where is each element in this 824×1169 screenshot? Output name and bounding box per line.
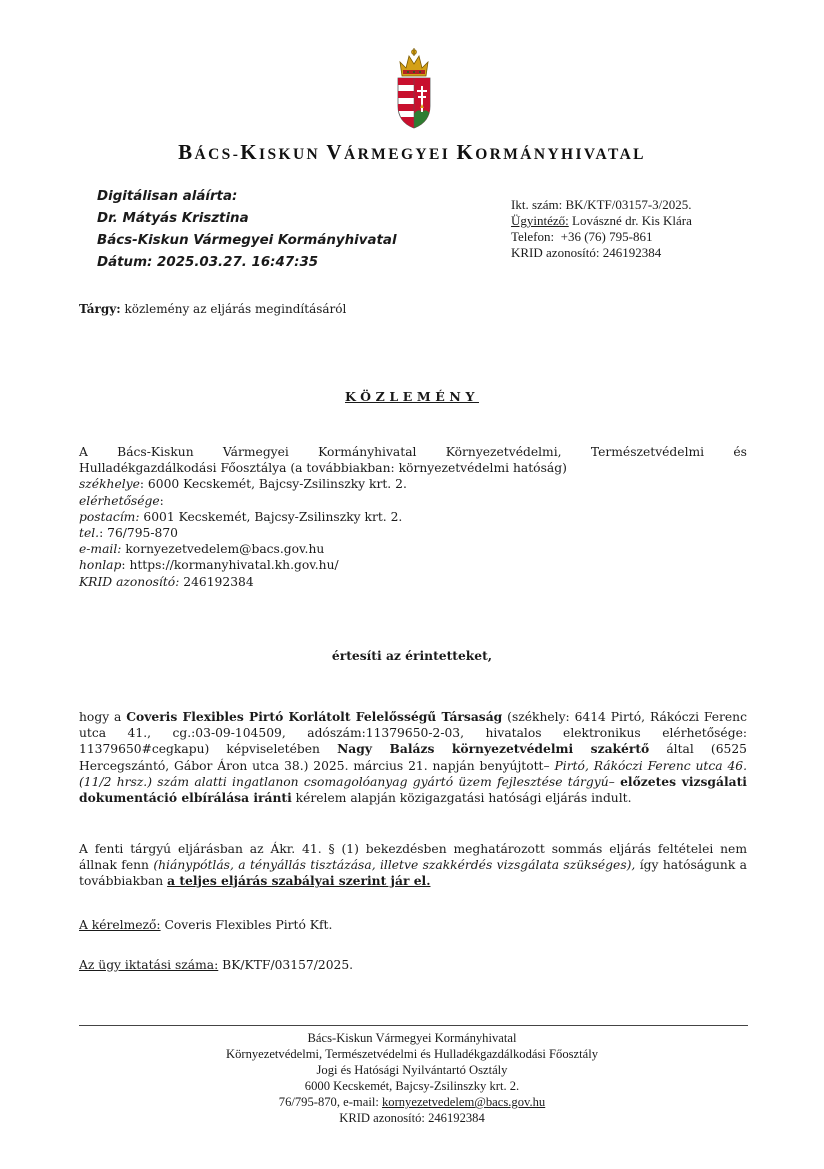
footer-divider — [79, 1025, 748, 1026]
phone-number: Telefon: +36 (76) 795-861 — [511, 229, 692, 245]
digital-signature-block: Digitálisan aláírta: Dr. Mátyás Krisztin… — [97, 186, 397, 274]
file-number: Ikt. szám: BK/KTF/03157-3/2025. — [511, 197, 692, 213]
authority-website: honlap: https://kormanyhivatal.kh.gov.hu… — [79, 557, 747, 573]
footer-address: 6000 Kecskemét, Bajcsy-Zsilinszky krt. 2… — [0, 1078, 824, 1094]
subject-line: Tárgy: közlemény az eljárás megindításár… — [79, 302, 346, 316]
krid-id: KRID azonosító: 246192384 — [511, 245, 692, 261]
case-number-line: Az ügy iktatási száma: BK/KTF/03157/2025… — [79, 957, 747, 973]
footer: Bács-Kiskun Vármegyei Kormányhivatal Kör… — [0, 1030, 824, 1126]
hungarian-coat-of-arms-icon — [394, 46, 434, 130]
authority-name-line1: A Bács-Kiskun Vármegyei Kormányhivatal K… — [79, 444, 747, 460]
authority-krid: KRID azonosító: 246192384 — [79, 574, 747, 590]
applicant-line: A kérelmező: Coveris Flexibles Pirtó Kft… — [79, 917, 747, 933]
procedure-paragraph: hogy a Coveris Flexibles Pirtó Korlátolt… — [79, 709, 747, 806]
authority-postal: postacím: 6001 Kecskemét, Bajcsy-Zsilins… — [79, 509, 747, 525]
signature-label: Digitálisan aláírta: — [97, 186, 397, 208]
authority-phone: tel.: 76/795-870 — [79, 525, 747, 541]
footer-email-link[interactable]: kornyezetvedelem@bacs.gov.hu — [382, 1095, 545, 1109]
authority-reach: elérhetősége: — [79, 493, 747, 509]
authority-email: e-mail: kornyezetvedelem@bacs.gov.hu — [79, 541, 747, 557]
footer-contact: 76/795-870, e-mail: kornyezetvedelem@bac… — [0, 1094, 824, 1110]
procedure-type-paragraph: A fenti tárgyú eljárásban az Ákr. 41. § … — [79, 841, 747, 890]
signer-name: Dr. Mátyás Krisztina — [97, 208, 397, 230]
authority-contact-block: A Bács-Kiskun Vármegyei Kormányhivatal K… — [79, 444, 747, 590]
footer-division: Jogi és Hatósági Nyilvántartó Osztály — [0, 1062, 824, 1078]
authority-seat: székhelye: 6000 Kecskemét, Bajcsy-Zsilin… — [79, 476, 747, 492]
agency-title: BÁCS-KISKUN VÁRMEGYEI KORMÁNYHIVATAL — [0, 140, 824, 165]
document-heading: KÖZLEMÉNY — [0, 389, 824, 404]
signature-date: Dátum: 2025.03.27. 16:47:35 — [97, 252, 397, 274]
document-page: BÁCS-KISKUN VÁRMEGYEI KORMÁNYHIVATAL Dig… — [0, 0, 824, 1169]
authority-name-line2: Hulladékgazdálkodási Főosztálya (a továb… — [79, 460, 747, 476]
reference-block: Ikt. szám: BK/KTF/03157-3/2025. Ügyintéz… — [511, 197, 692, 261]
signer-organization: Bács-Kiskun Vármegyei Kormányhivatal — [97, 230, 397, 252]
case-officer: Ügyintéző: Lovászné dr. Kis Klára — [511, 213, 692, 229]
notify-statement: értesíti az érintetteket, — [0, 648, 824, 663]
footer-agency: Bács-Kiskun Vármegyei Kormányhivatal — [0, 1030, 824, 1046]
footer-krid: KRID azonosító: 246192384 — [0, 1110, 824, 1126]
footer-department: Környezetvédelmi, Természetvédelmi és Hu… — [0, 1046, 824, 1062]
